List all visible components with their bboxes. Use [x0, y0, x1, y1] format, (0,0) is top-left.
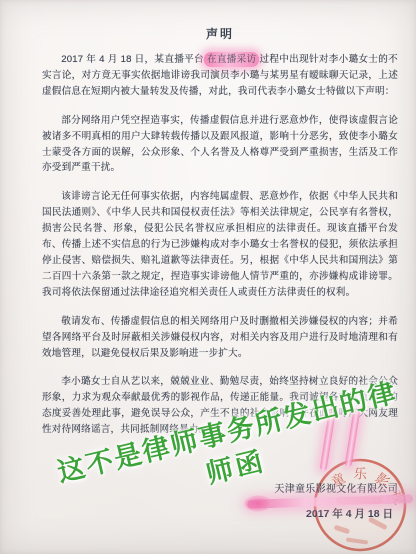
paragraph-closing-appeal: 李小璐女士自从艺以来，兢兢业业、勤勉尽责，始终坚持树立良好的社会公众形象，力求为…	[42, 374, 398, 438]
paragraph-removal-request: 敬请发布、传播虚假信息的相关网络用户及时删撤相关涉嫌侵权的内容；并希望各网络平台…	[42, 314, 398, 362]
statement-document: 声明 2017 年 4 月 18 日，某直播平台在直播采访过程中出现针对李小璐女…	[42, 25, 398, 521]
paragraph-intro-text: 2017 年 4 月 18 日，某直播平台	[61, 54, 204, 65]
document-title: 声明	[42, 25, 398, 42]
paragraph-defamation-spread: 部分网络用户凭空捏造事实，传播虚假信息并进行恶意炒作，使得该虚假言论被诸多不明真…	[42, 113, 398, 177]
paragraph-legal-basis: 该诽谤言论无任何事实依据，内容纯属虚假、恶意炒作，依据《中华人民共和国民法通则》…	[42, 189, 398, 300]
signature-date: 2017 年 4 月 18 日	[42, 506, 398, 521]
pink-highlighter-redaction: 在直播采访	[204, 52, 260, 67]
company-name: 天津童乐影视文化有限公司	[42, 480, 398, 495]
signature-block: 天津童乐影视文化有限公司 2017 年 4 月 18 日	[42, 480, 398, 521]
paragraph-intro: 2017 年 4 月 18 日，某直播平台在直播采访过程中出现针对李小璐女士的不…	[42, 52, 398, 100]
